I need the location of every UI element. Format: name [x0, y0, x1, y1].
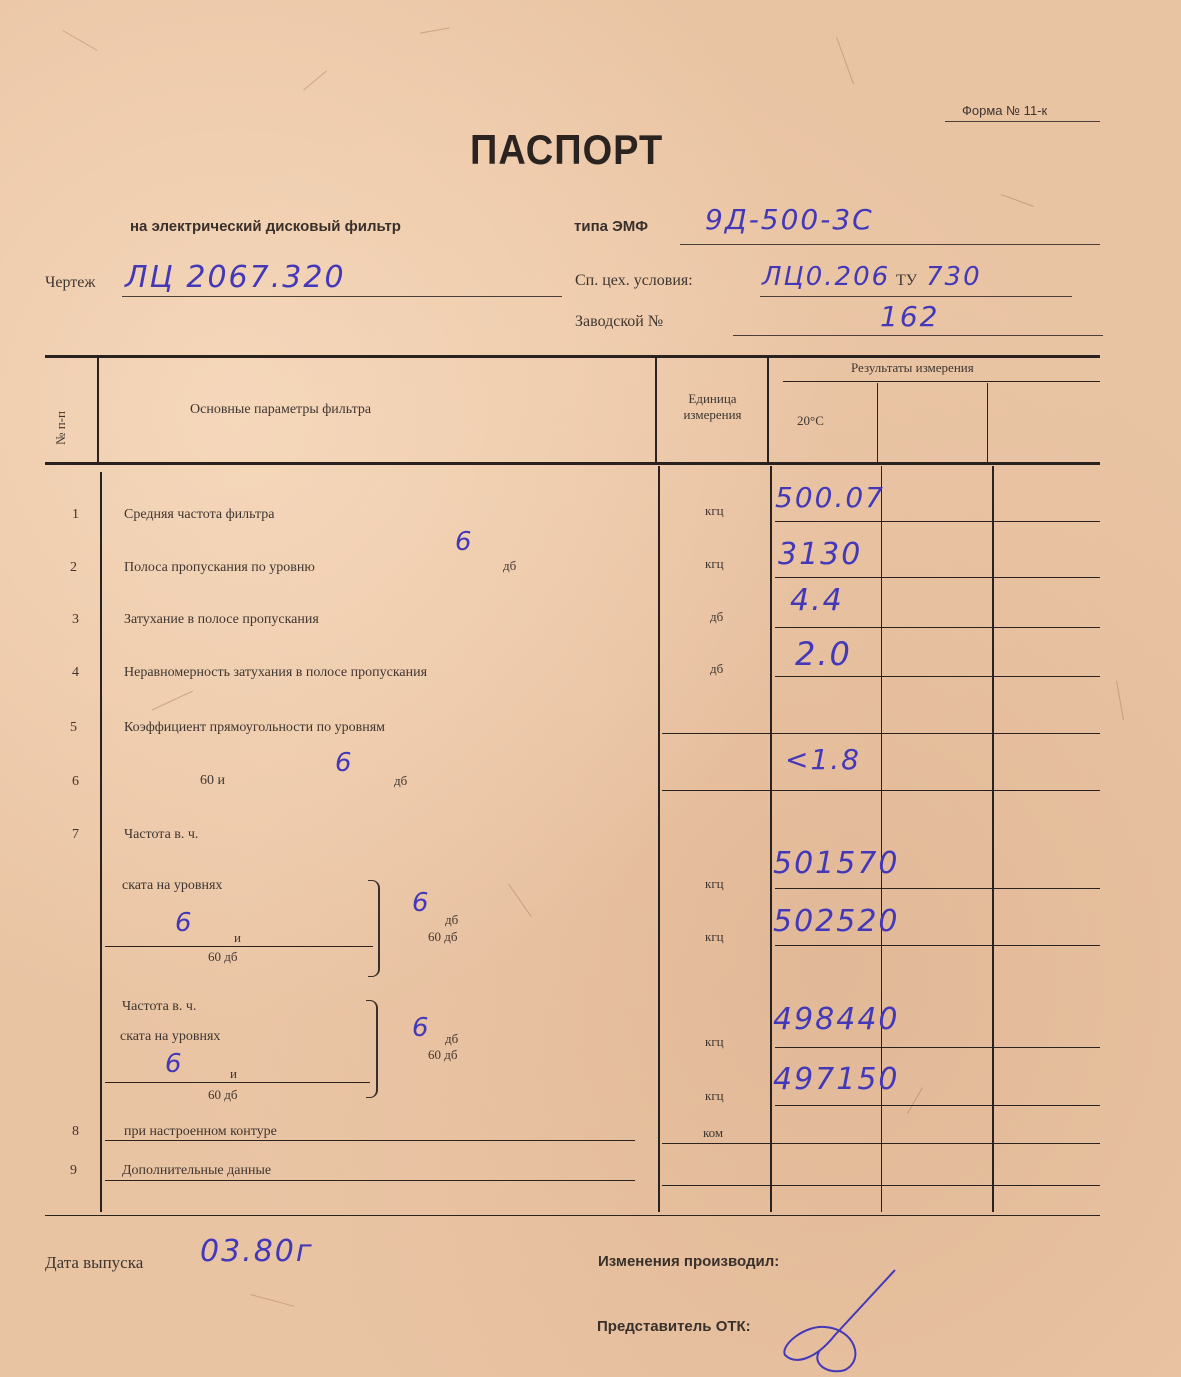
- row-value: 4.4: [790, 583, 844, 618]
- row-label: Затухание в полосе пропускания: [124, 612, 319, 628]
- slope-label: ската на уровнях: [120, 1029, 220, 1045]
- page-title: ПАСПОРТ: [470, 128, 663, 175]
- row-label: Коэффициент прямоугольности по уровням: [124, 720, 385, 736]
- slope-brace: [366, 1000, 378, 1098]
- slope-level: 6: [175, 908, 194, 938]
- column-header-temperature: 20°С: [797, 413, 824, 429]
- row-value: 3130: [778, 537, 862, 572]
- col-divider-res2: [987, 383, 988, 462]
- type-value: 9Д-500-3С: [705, 203, 874, 236]
- slope-right-level: 6: [412, 888, 431, 918]
- slope-fraction-line: [105, 946, 373, 947]
- row-number: 8: [72, 1124, 79, 1140]
- column-header-number: № п-п: [53, 411, 69, 445]
- slope-value-a: 498440: [773, 1002, 900, 1037]
- type-underline: [680, 244, 1100, 245]
- slope-value-b: 497150: [773, 1062, 900, 1097]
- row-number: 2: [70, 560, 77, 576]
- row-label: Полоса пропускания по уровню: [124, 560, 315, 576]
- row8-rule: [662, 1143, 1100, 1144]
- row7a-rule: [775, 888, 1100, 889]
- spec-label: Сп. цех. условия:: [575, 272, 693, 290]
- slope-unit-a: кгц: [705, 1034, 724, 1050]
- row-label: Средняя частота фильтра: [124, 507, 275, 523]
- row-label: Дополнительные данные: [122, 1163, 271, 1179]
- row-level: 6: [455, 527, 474, 557]
- slope-unit-b: кгц: [705, 1088, 724, 1104]
- slope-value-a: 501570: [773, 846, 900, 881]
- slope-and: и: [234, 930, 241, 946]
- col-divider-unit: [767, 357, 769, 462]
- slope-right-line2: 60 дб: [428, 929, 457, 945]
- slope-denominator: 60 дб: [208, 1087, 237, 1103]
- body-divider-unit: [770, 466, 772, 1212]
- row-label: при настроенном контуре: [124, 1124, 277, 1140]
- form-number: Форма № 11-к: [962, 103, 1047, 118]
- body-divider-num: [100, 472, 102, 1212]
- body-divider-params: [658, 466, 660, 1212]
- row-number: 6: [72, 774, 79, 790]
- row-level-unit: дб: [503, 558, 516, 574]
- slope-level: 6: [165, 1049, 184, 1079]
- col-divider-num: [97, 357, 99, 462]
- drawing-value: ЛЦ 2067.320: [125, 260, 346, 295]
- row6-rule: [662, 790, 1100, 791]
- row9-rule: [662, 1185, 1100, 1186]
- row3-rule: [775, 627, 1100, 628]
- row-number: 3: [72, 612, 79, 628]
- table-top-rule: [45, 355, 1100, 358]
- form-number-underline: [945, 121, 1100, 122]
- row7c-rule: [775, 1047, 1100, 1048]
- row-number: 5: [70, 720, 77, 736]
- slope-right-level: 6: [412, 1013, 431, 1043]
- col-divider-params: [655, 357, 657, 462]
- row-number: 7: [72, 827, 79, 843]
- serial-value: 162: [880, 300, 939, 333]
- otk-label: Представитель ОТК:: [597, 1318, 751, 1335]
- results-subheader-rule: [783, 381, 1100, 382]
- table-bottom-rule: [45, 1215, 1100, 1216]
- column-header-results: Результаты измерения: [851, 360, 974, 376]
- row7b-rule: [775, 945, 1100, 946]
- row-number: 4: [72, 665, 79, 681]
- slope-right-unit: дб: [445, 1031, 458, 1047]
- row-number: 9: [70, 1163, 77, 1179]
- serial-underline: [733, 335, 1103, 336]
- drawing-label: Чертеж: [45, 274, 95, 292]
- row-unit: дб: [710, 661, 723, 677]
- row2-rule: [775, 577, 1100, 578]
- release-date-label: Дата выпуска: [45, 1253, 143, 1273]
- slope-value-b: 502520: [773, 904, 900, 939]
- table-header-bottom-rule: [45, 462, 1100, 465]
- spec-suffix-label: ТУ: [896, 272, 917, 290]
- row8-label-rule: [105, 1140, 635, 1141]
- slope-right-unit: дб: [445, 912, 458, 928]
- row-label-prefix: 60 и: [200, 773, 225, 789]
- row-label: Частота в. ч.: [124, 827, 198, 843]
- row-level-unit: дб: [394, 773, 407, 789]
- subtitle: на электрический дисковый фильтр: [130, 218, 401, 235]
- row1-rule: [775, 521, 1100, 522]
- row-number: 1: [72, 507, 79, 523]
- slope-denominator: 60 дб: [208, 949, 237, 965]
- col-divider-res1: [877, 383, 878, 462]
- type-label: типа ЭМФ: [574, 218, 648, 235]
- row-unit: дб: [710, 609, 723, 625]
- row5-rule: [662, 733, 1100, 734]
- row-unit: кгц: [705, 556, 724, 572]
- drawing-underline: [122, 296, 562, 297]
- row-value: <1.8: [785, 743, 861, 776]
- row-value: 500.07: [775, 481, 885, 514]
- slope-unit-b: кгц: [705, 929, 724, 945]
- slope-and: и: [230, 1066, 237, 1082]
- row-level: 6: [335, 748, 354, 778]
- row-unit: кгц: [705, 503, 724, 519]
- row9-label-rule: [105, 1180, 635, 1181]
- slope-brace: [368, 880, 380, 977]
- column-header-unit-text: Единица измерения: [673, 391, 753, 423]
- slope-heading: Частота в. ч.: [122, 999, 196, 1015]
- spec-suffix-value: 730: [926, 262, 982, 292]
- slope-right-line2: 60 дб: [428, 1047, 457, 1063]
- slope-fraction-line: [105, 1082, 370, 1083]
- spec-value: ЛЦ0.206: [762, 262, 890, 292]
- spec-underline: [760, 296, 1072, 297]
- column-header-params: Основные параметры фильтра: [190, 402, 371, 418]
- slope-unit-a: кгц: [705, 876, 724, 892]
- serial-label: Заводской №: [575, 313, 663, 331]
- row7d-rule: [775, 1105, 1100, 1106]
- row-unit: ком: [703, 1125, 723, 1141]
- slope-label: ската на уровнях: [122, 878, 222, 894]
- changes-label: Изменения производил:: [598, 1253, 779, 1270]
- row4-rule: [775, 676, 1100, 677]
- release-date-value: 03.80г: [200, 1234, 314, 1269]
- signature-icon: [775, 1265, 905, 1375]
- row-label: Неравномерность затухания в полосе пропу…: [124, 665, 427, 681]
- column-header-unit: Единица измерения: [660, 391, 765, 423]
- row-value: 2.0: [795, 635, 852, 673]
